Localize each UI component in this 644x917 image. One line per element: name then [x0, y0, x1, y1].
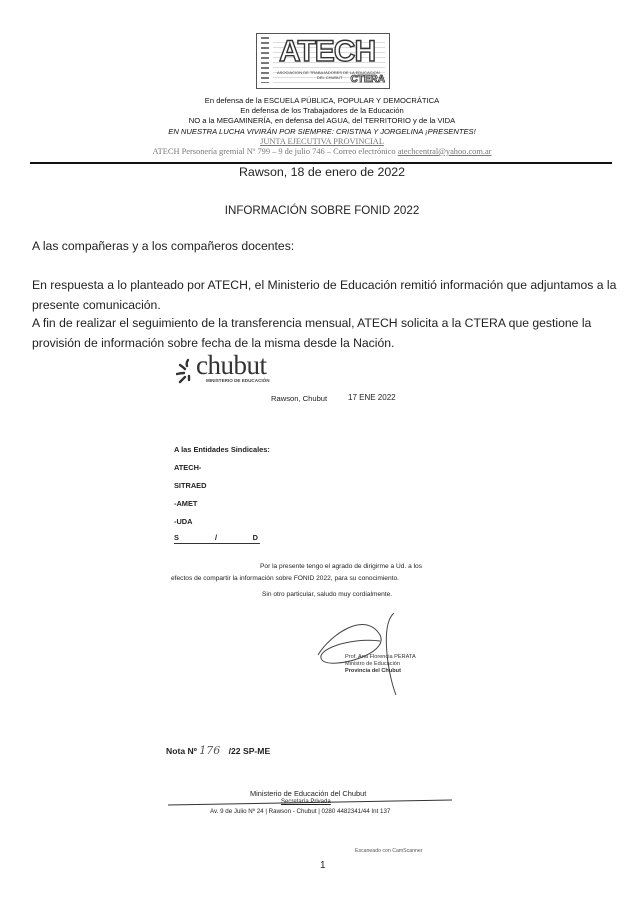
- notebook-rings: [261, 37, 269, 83]
- addressee-heading: A las Entidades Sindicales:: [174, 445, 270, 454]
- footer-address: Av. 9 de Julio Nº 24 | Rawson - Chubut |…: [210, 808, 390, 815]
- junta-heading: JUNTA EJECUTIVA PROVINCIAL: [0, 137, 644, 147]
- letterhead-mottos: En defensa de la ESCUELA PÚBLICA, POPULA…: [0, 96, 644, 157]
- letter-title: INFORMACIÓN SOBRE FONID 2022: [0, 204, 644, 217]
- paragraph-2: A fin de realizar el seguimiento de la t…: [32, 313, 632, 353]
- addressee-uda: -UDA: [174, 517, 192, 526]
- nota-prefix: Nota Nº: [166, 746, 197, 756]
- personeria-line: ATECH Personería gremial Nº 799 – 9 de j…: [0, 147, 644, 157]
- scan-stamp-date: 17 ENE 2022: [348, 393, 396, 402]
- scan-place: Rawson, Chubut: [271, 394, 327, 403]
- atech-logo: ATECH ASOCIACION DE TRABAJADORES DE LA E…: [256, 33, 390, 89]
- nota-suffix: /22 SP-ME: [229, 746, 271, 756]
- scan-body-line-1: Por la presente tengo el agrado de dirig…: [260, 563, 422, 570]
- sun-rays-icon: [176, 358, 198, 384]
- footer-ministry: Ministerio de Educación del Chubut: [250, 789, 366, 798]
- chubut-wordmark: chubut: [196, 350, 267, 381]
- personeria-text: ATECH Personería gremial Nº 799 – 9 de j…: [153, 147, 398, 156]
- addressee-sitraed: SITRAED: [174, 481, 206, 490]
- motto-line-3: NO a la MEGAMINERÍA, en defensa del AGUA…: [0, 116, 644, 126]
- motto-line-italic: EN NUESTRA LUCHA VIVIRÁN POR SIEMPRE: CR…: [0, 127, 644, 137]
- scan-body-line-2: efectos de compartir la información sobr…: [171, 575, 399, 582]
- salutation: A las compañeras y a los compañeros doce…: [32, 236, 632, 256]
- header-rule: [30, 162, 612, 164]
- signatory-title: Ministro de Educación: [345, 661, 416, 668]
- page-number: 1: [320, 860, 326, 871]
- signature-icon: [310, 605, 430, 700]
- signatory-name: Prof. Ana Florencia PERATA: [345, 654, 416, 661]
- chubut-subtitle: MINISTERIO DE EDUCACIÓN: [206, 378, 270, 383]
- scan-closing: Sin otro particular, saludo muy cordialm…: [262, 591, 392, 598]
- sd-mid: /: [215, 533, 217, 542]
- nota-number-line: Nota Nº 176 /22 SP-ME: [166, 744, 270, 757]
- addressee-atech: ATECH-: [174, 463, 201, 472]
- paragraph-1: En respuesta a lo planteado por ATECH, e…: [32, 275, 632, 315]
- addressee-amet: -AMET: [174, 499, 197, 508]
- sd-left: S: [174, 533, 179, 542]
- email-link[interactable]: atechcentral@yahoo.com.ar: [398, 147, 492, 156]
- logo-subtitle-2: DEL CHUBUT: [317, 75, 342, 80]
- letter-date: Rawson, 18 de enero de 2022: [0, 165, 644, 179]
- motto-line-1: En defensa de la ESCUELA PÚBLICA, POPULA…: [0, 96, 644, 106]
- sd-line: S / D: [174, 533, 260, 544]
- motto-line-2: En defensa de los Trabajadores de la Edu…: [0, 106, 644, 116]
- nota-handwritten-number: 176: [199, 744, 220, 757]
- signatory-province: Provincia del Chubut: [345, 668, 416, 675]
- camscanner-watermark: Escaneado con CamScanner: [355, 848, 422, 854]
- signature-block: Prof. Ana Florencia PERATA Ministro de E…: [345, 654, 416, 675]
- ctera-badge: CTERA: [351, 74, 385, 85]
- logo-wordmark: ATECH: [279, 35, 375, 69]
- sd-right: D: [253, 533, 258, 542]
